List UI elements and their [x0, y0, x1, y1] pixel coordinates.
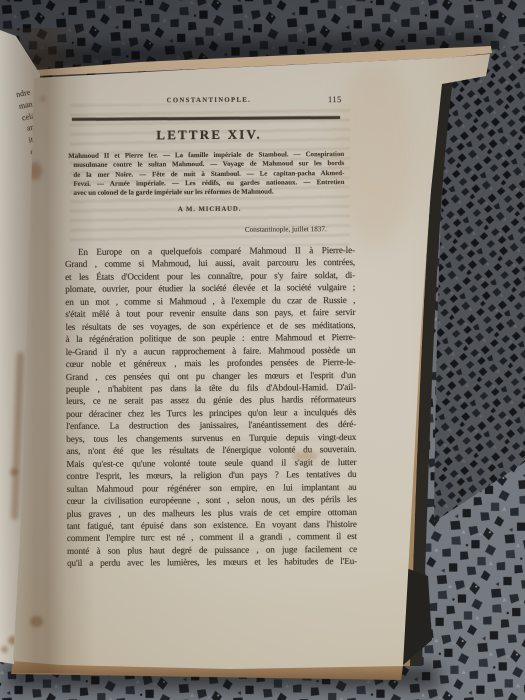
chapter-summary: Mahmoud II et Pierre Ier. — La famille i… [68, 150, 344, 198]
dateline: Constantinople, juillet 1837. [65, 225, 355, 235]
page-number: 115 [328, 94, 342, 104]
foxing-stain [10, 468, 18, 476]
summary-line: avec un colonel de la garde impériale su… [68, 187, 344, 198]
header-rule [72, 116, 340, 121]
chapter-title: LETTRE XIV. [64, 126, 354, 144]
salutation: A M. MICHAUD. [65, 205, 355, 214]
page-content: CONSTANTINOPLE. 115 LETTRE XIV. Mahmoud … [63, 0, 358, 700]
foxing-stain [1, 646, 8, 653]
body-line: qu'il a perdu avec les lumières, les mœu… [67, 555, 357, 569]
body-text: En Europe on a quelquefois comparé Mahmo… [65, 244, 357, 570]
book-photo: ndremancelaan-ita-dezuna ,drelarep-s- CO… [0, 0, 525, 700]
running-head: CONSTANTINOPLE. [64, 96, 354, 105]
